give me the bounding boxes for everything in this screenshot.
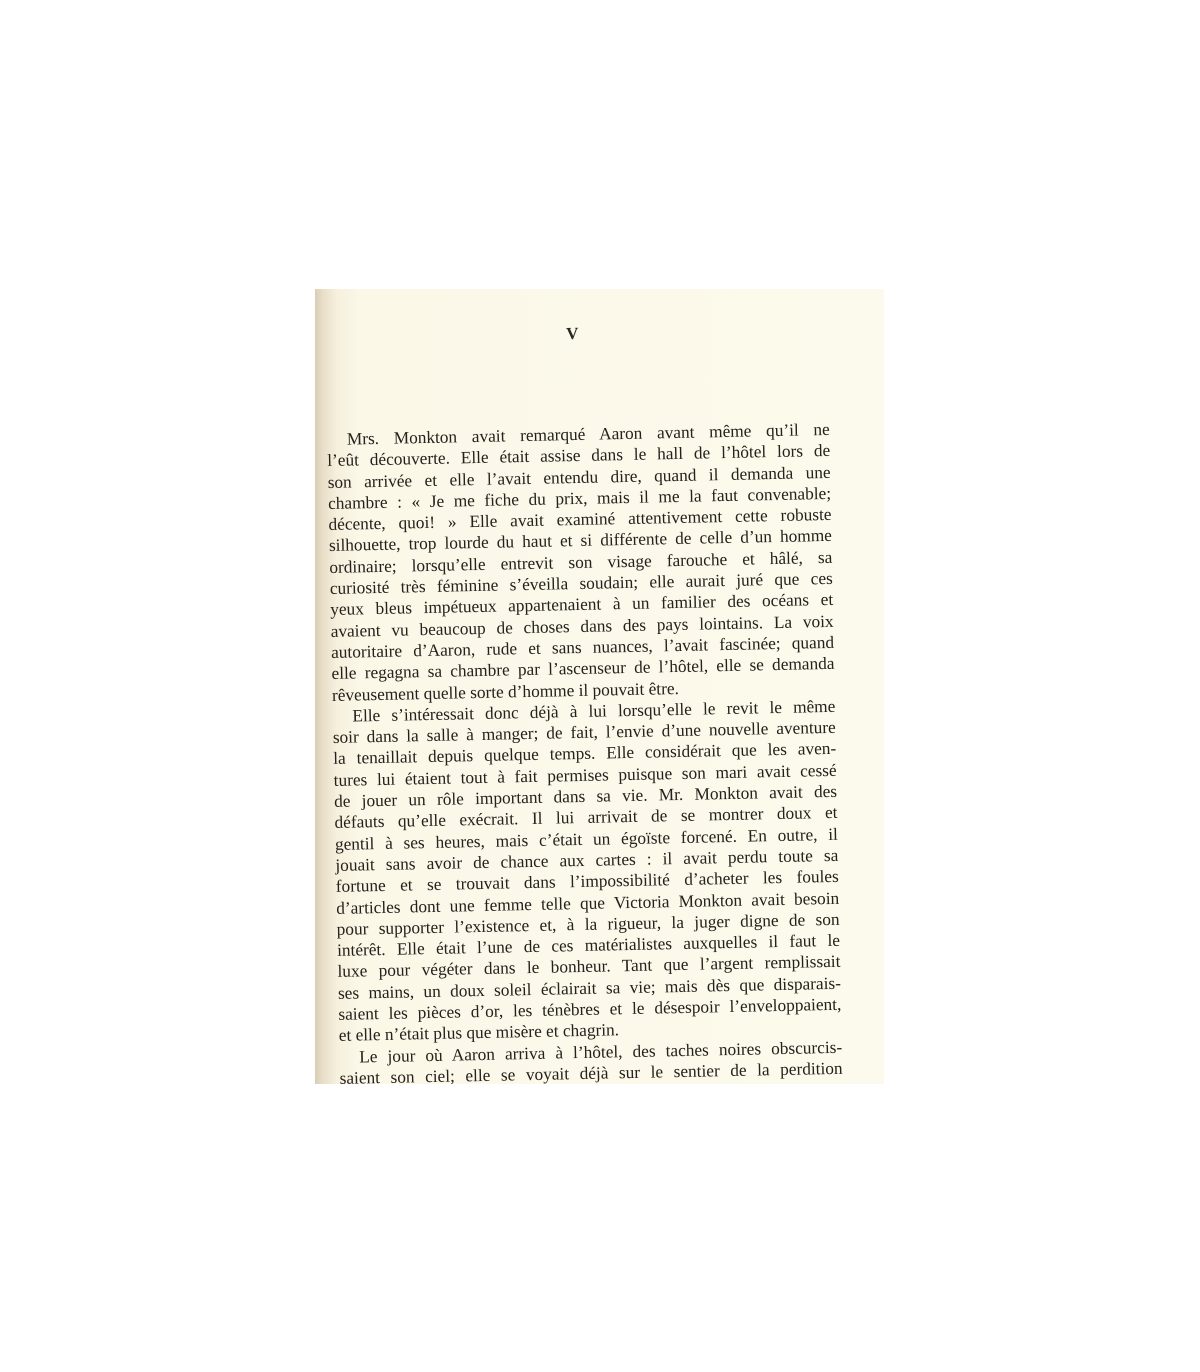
paragraph: Mrs. Monkton avait remarqué Aaron avant … <box>327 419 835 706</box>
book-page: V Mrs. Monkton avait remarqué Aaron avan… <box>315 289 884 1084</box>
page-content: V Mrs. Monkton avait remarqué Aaron avan… <box>315 289 884 1084</box>
body-text: Mrs. Monkton avait remarqué Aaron avant … <box>327 419 843 1084</box>
chapter-number: V <box>315 319 833 349</box>
paragraph: Elle s’intéressait donc déjà à lui lorsq… <box>332 696 842 1047</box>
